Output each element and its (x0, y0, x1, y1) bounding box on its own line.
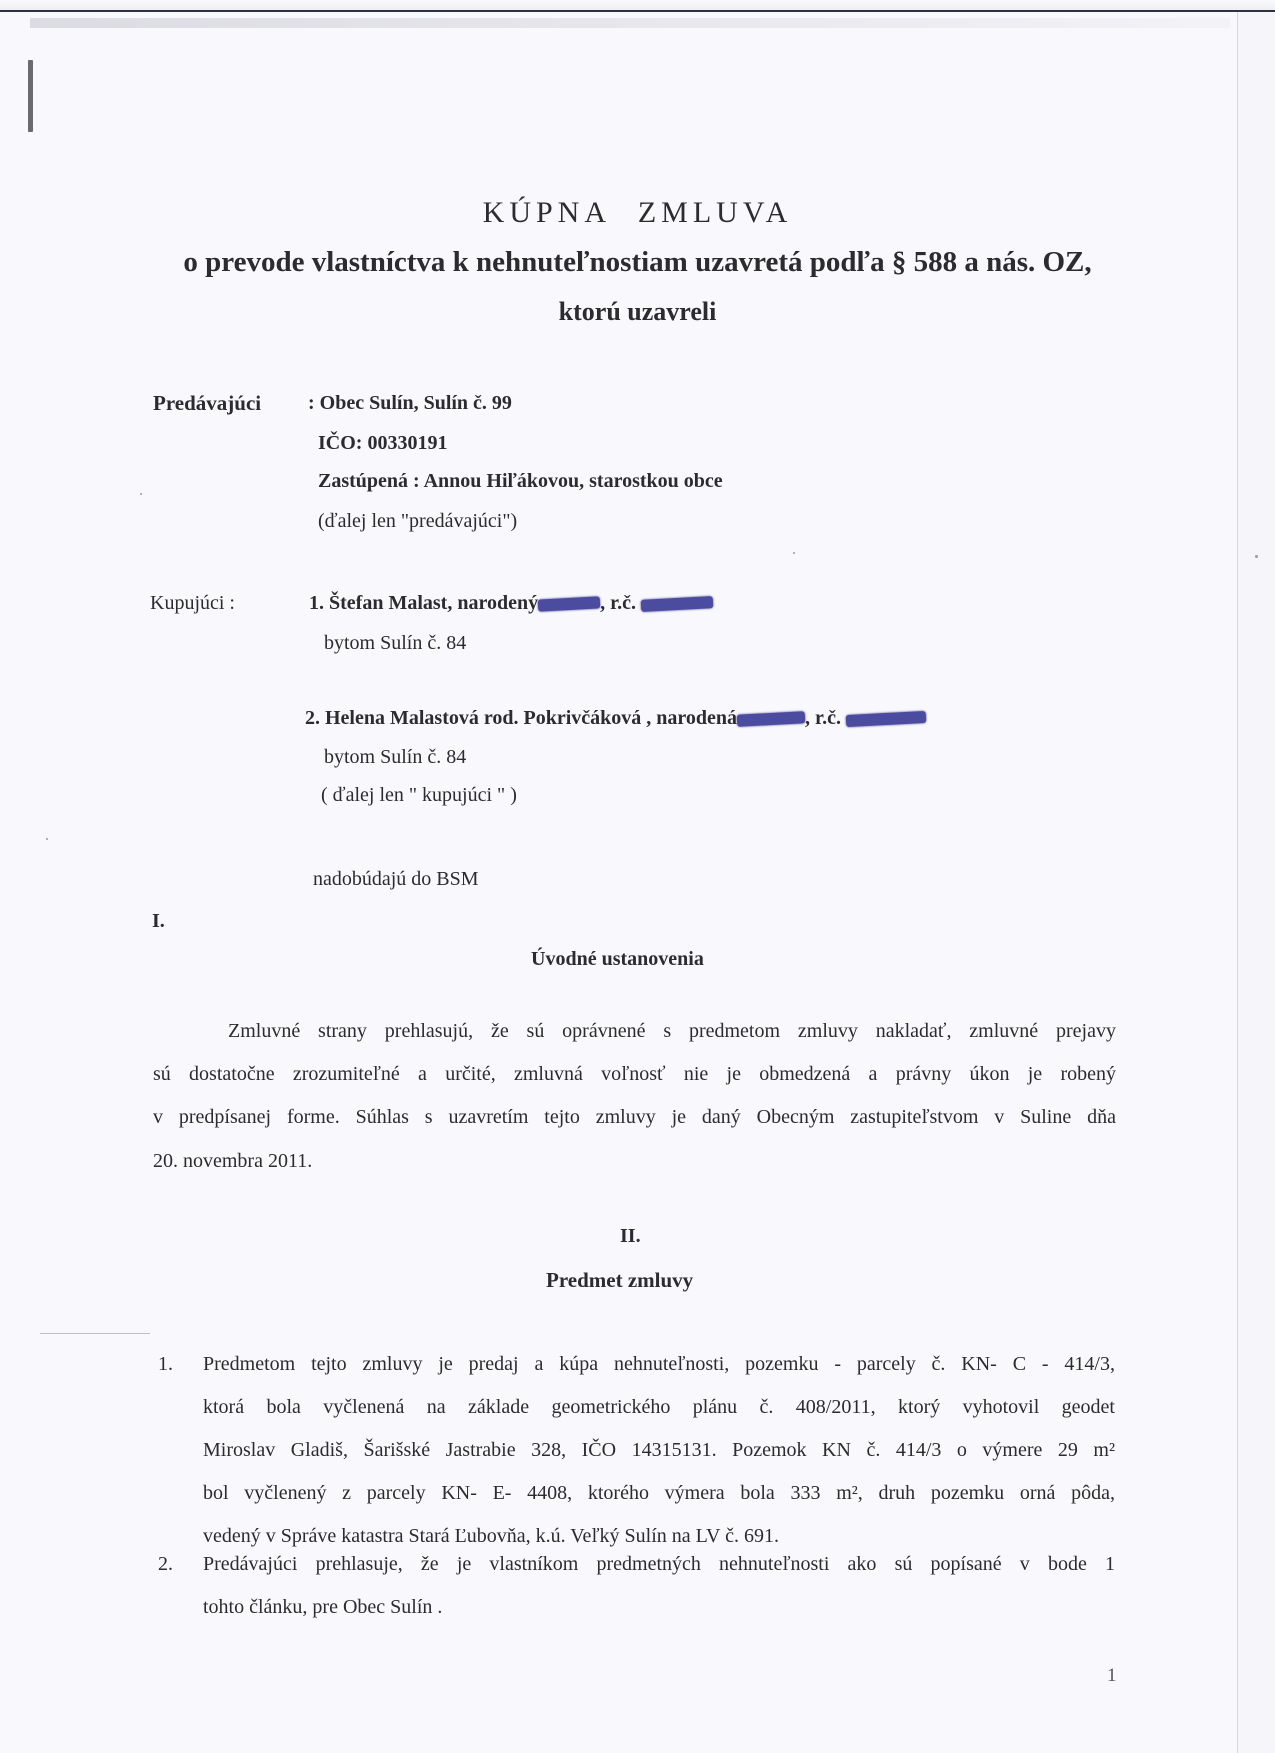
section2-number: II. (620, 1225, 641, 1248)
acquire-note: nadobúdajú do BSM (313, 868, 479, 891)
buyer1-line: 1. Štefan Malast, narodený, r.č. (309, 592, 713, 615)
section1-number: I. (152, 910, 165, 933)
item1-line: ktorá bola vyčlenená na základe geometri… (203, 1396, 1115, 1419)
item2-line: tohto článku, pre Obec Sulín . (203, 1596, 442, 1619)
seller-ico: IČO: 00330191 (318, 432, 447, 455)
seller-represented: Zastúpená : Annou Hiľákovou, starostkou … (318, 470, 723, 493)
buyer2-name: 2. Helena Malastová rod. Pokrivčáková , … (305, 707, 737, 729)
buyer2-address: bytom Sulín č. 84 (324, 746, 466, 769)
item1-line: vedený v Správe katastra Stará Ľubovňa, … (203, 1525, 779, 1548)
scan-speck (46, 838, 48, 840)
item1-number: 1. (158, 1353, 173, 1376)
item1-line: Predmetom tejto zmluvy je predaj a kúpa … (203, 1353, 1115, 1376)
document-subtitle-2: ktorú uzavreli (0, 297, 1275, 327)
item1-line: Miroslav Gladiš, Šarišské Jastrabie 328,… (203, 1439, 1115, 1462)
scan-line-artifact (40, 1333, 150, 1334)
redaction-mark (737, 712, 806, 728)
item1-line: bol vyčlenený z parcely KN- E- 4408, kto… (203, 1482, 1115, 1505)
buyer1-address: bytom Sulín č. 84 (324, 632, 466, 655)
scan-shadow (30, 18, 1230, 28)
page-number: 1 (1107, 1665, 1117, 1687)
section1-heading: Úvodné ustanovenia (531, 948, 704, 971)
seller-alias: (ďalej len "predávajúci") (318, 510, 517, 533)
section1-para-line: v predpísanej forme. Súhlas s uzavretím … (153, 1106, 1116, 1129)
seller-label: Predávajúci (153, 391, 261, 416)
redaction-mark (641, 597, 714, 613)
redaction-mark (846, 711, 927, 727)
buyers-label: Kupujúci : (150, 592, 235, 615)
redaction-mark (538, 597, 601, 612)
section1-para-line: 20. novembra 2011. (153, 1150, 312, 1173)
scan-speck (1255, 555, 1258, 558)
scan-speck (793, 552, 795, 554)
binder-mark (28, 60, 33, 132)
section1-para-line: sú dostatočne zrozumiteľné a určité, zml… (153, 1063, 1116, 1086)
buyer2-line: 2. Helena Malastová rod. Pokrivčáková , … (305, 707, 926, 730)
buyer1-rc-label: , r.č. (600, 592, 636, 614)
seller-line1: : Obec Sulín, Sulín č. 99 (308, 392, 512, 415)
scan-top-edge (0, 0, 1275, 12)
section2-heading: Predmet zmluvy (546, 1268, 693, 1293)
buyer1-name: 1. Štefan Malast, narodený (309, 592, 538, 614)
scan-speck (140, 493, 142, 495)
item2-number: 2. (158, 1553, 173, 1576)
buyer2-alias: ( ďalej len " kupujúci " ) (321, 784, 517, 807)
document-title: KÚPNA ZMLUVA (0, 196, 1275, 230)
document-subtitle: o prevode vlastníctva k nehnuteľnostiam … (0, 246, 1275, 279)
section1-para-line: Zmluvné strany prehlasujú, že sú oprávne… (228, 1020, 1116, 1043)
buyer2-rc-label: , r.č. (805, 707, 841, 729)
item2-line: Predávajúci prehlasuje, že je vlastníkom… (203, 1553, 1115, 1576)
